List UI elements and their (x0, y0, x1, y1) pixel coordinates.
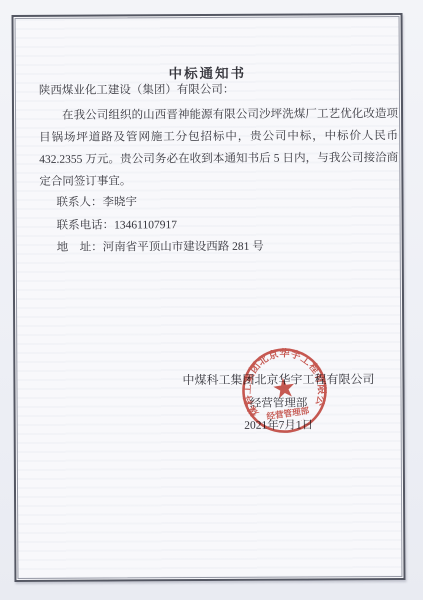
contact-phone-line: 联系电话：13461107917 (57, 213, 380, 237)
contact-person-label: 联系人： (56, 197, 102, 209)
contact-person-line: 联系人：李晓宇 (56, 190, 379, 214)
contact-phone-value: 13461107917 (114, 219, 177, 231)
contact-address-value: 河南省平顶山市建设西路 281 号 (103, 241, 264, 254)
contact-phone-label: 联系电话： (57, 219, 115, 231)
signature-department: 经营管理部 (250, 394, 308, 410)
company-seal-stamp-icon: 中煤科工集团北京华宇工程有限公司 经营管理部 ············· (224, 330, 345, 451)
contact-block: 联系人：李晓宇 联系电话：13461107917 地 址：河南省平顶山市建设西路… (56, 190, 379, 259)
paper-border-frame: 中标通知书 陕西煤业化工建设（集团）有限公司： 在我公司组织的山西晋神能源有限公… (15, 16, 403, 579)
salutation-line: 陕西煤业化工建设（集团）有限公司： (39, 80, 379, 98)
signature-date: 2021年7月1日 (244, 416, 313, 432)
signature-company-name: 中煤科工集团北京华宇工程有限公司 (182, 370, 374, 388)
contact-address-line: 地 址：河南省平顶山市建设西路 281 号 (57, 235, 380, 259)
contact-person-value: 李晓宇 (102, 196, 137, 208)
body-paragraph: 在我公司组织的山西晋神能源有限公司沙坪洗煤厂工艺优化改造项目锅场坪道路及管网施工… (39, 103, 398, 193)
scanned-paper: 中标通知书 陕西煤业化工建设（集团）有限公司： 在我公司组织的山西晋神能源有限公… (12, 13, 406, 582)
scanned-notice-screenshot: { "document": { "title": "中标通知书", "salut… (0, 0, 423, 600)
contact-address-label: 地 址： (57, 242, 103, 254)
